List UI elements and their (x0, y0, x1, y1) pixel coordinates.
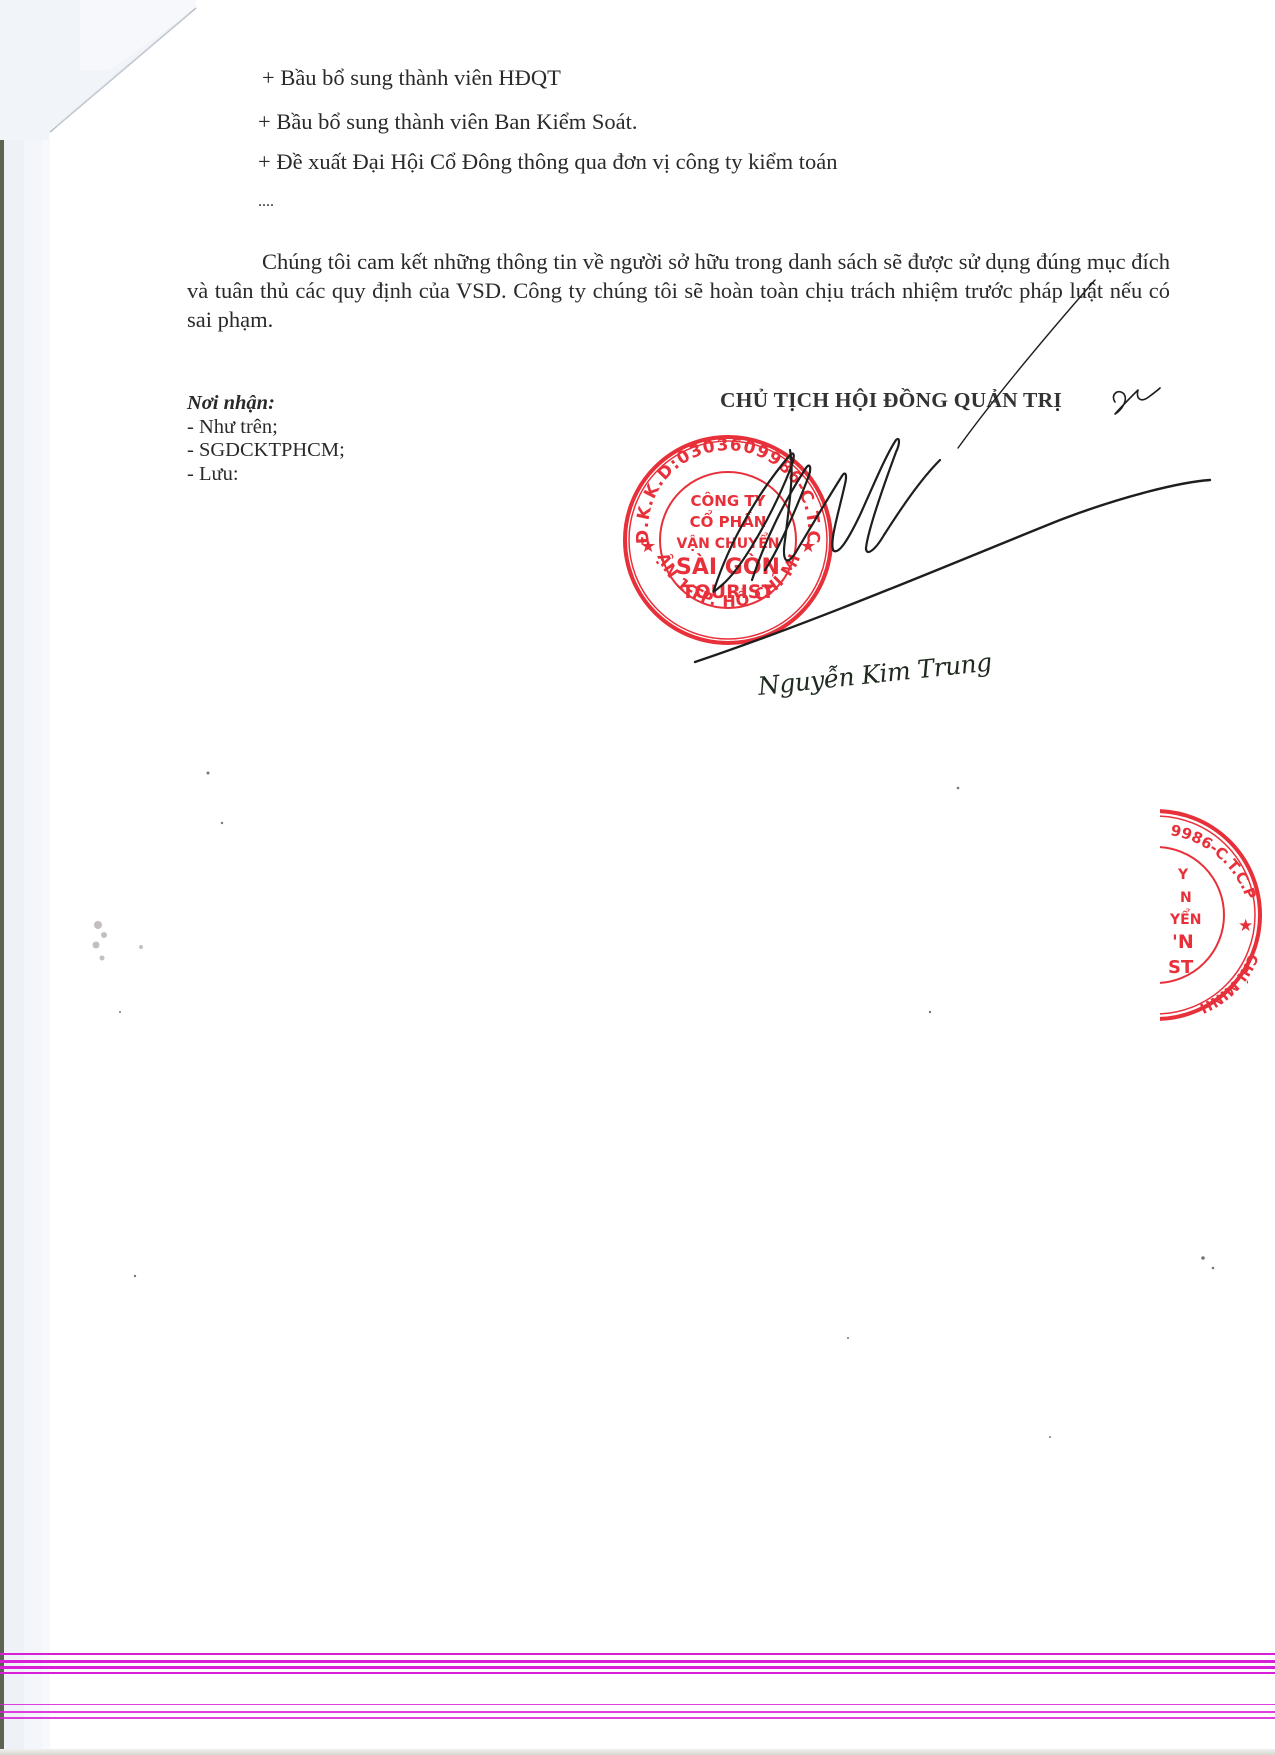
footer-rule (0, 1653, 1275, 1655)
star-icon: ★ (640, 536, 656, 556)
signatory-name: Nguyễn Kim Trung (756, 648, 992, 701)
scan-bottom-edge (0, 1749, 1275, 1755)
footer-rule (0, 1717, 1275, 1719)
partial-seal-line: 'N (1172, 931, 1194, 953)
recipient-item: - Như trên; (187, 416, 345, 440)
seal-line: SÀI GÒN (676, 554, 780, 580)
back-sheet-edge (42, 0, 50, 1755)
seal-line: TOURIST (682, 581, 775, 603)
agenda-item: + Bầu bổ sung thành viên HĐQT (262, 65, 561, 91)
agenda-item: + Đề xuất Đại Hội Cổ Đông thông qua đơn … (258, 149, 838, 175)
partial-seal-line: YỂN (1169, 908, 1201, 928)
signatory-title: CHỦ TỊCH HỘI ĐỒNG QUẢN TRỊ (720, 388, 1062, 413)
back-sheet-edge (4, 0, 25, 1755)
seal-line: CỔ PHẦN (690, 509, 767, 531)
back-sheet-edge (24, 0, 43, 1755)
agenda-ellipsis: .... (258, 193, 274, 211)
company-seal: S.Đ.K.K.D:0303609986-C.T.C.P QUẬN 1-TP. … (618, 430, 838, 650)
seal-line: CÔNG TY (691, 491, 767, 510)
footer-rule (0, 1711, 1275, 1713)
commitment-paragraph: Chúng tôi cam kết những thông tin về ngư… (187, 247, 1170, 334)
recipient-item: - Lưu: (187, 463, 345, 487)
footer-rule (0, 1704, 1275, 1705)
recipient-item: - SGDCKTPHCM; (187, 439, 345, 463)
star-icon: ★ (1238, 916, 1253, 935)
partial-seal-line: Y (1177, 867, 1189, 883)
star-icon: ★ (800, 536, 816, 556)
recipients-block: Nơi nhận: - Như trên; - SGDCKTPHCM; - Lư… (187, 392, 345, 486)
partial-seal-line: ST (1168, 957, 1194, 978)
footer-rule (0, 1666, 1275, 1669)
commitment-text: Chúng tôi cam kết những thông tin về ngư… (187, 247, 1170, 334)
partial-seal-line: N (1180, 890, 1192, 906)
footer-rule (0, 1672, 1275, 1674)
partial-company-seal: 9986-C.T.C.P CHÍ MINH ★ Y N YỂN 'N ST (1160, 805, 1275, 1025)
seal-line: VẬN CHUYỂN (676, 532, 779, 552)
recipients-title: Nơi nhận: (187, 392, 345, 416)
footer-rule (0, 1660, 1275, 1663)
agenda-item: + Bầu bổ sung thành viên Ban Kiểm Soát. (258, 109, 638, 135)
